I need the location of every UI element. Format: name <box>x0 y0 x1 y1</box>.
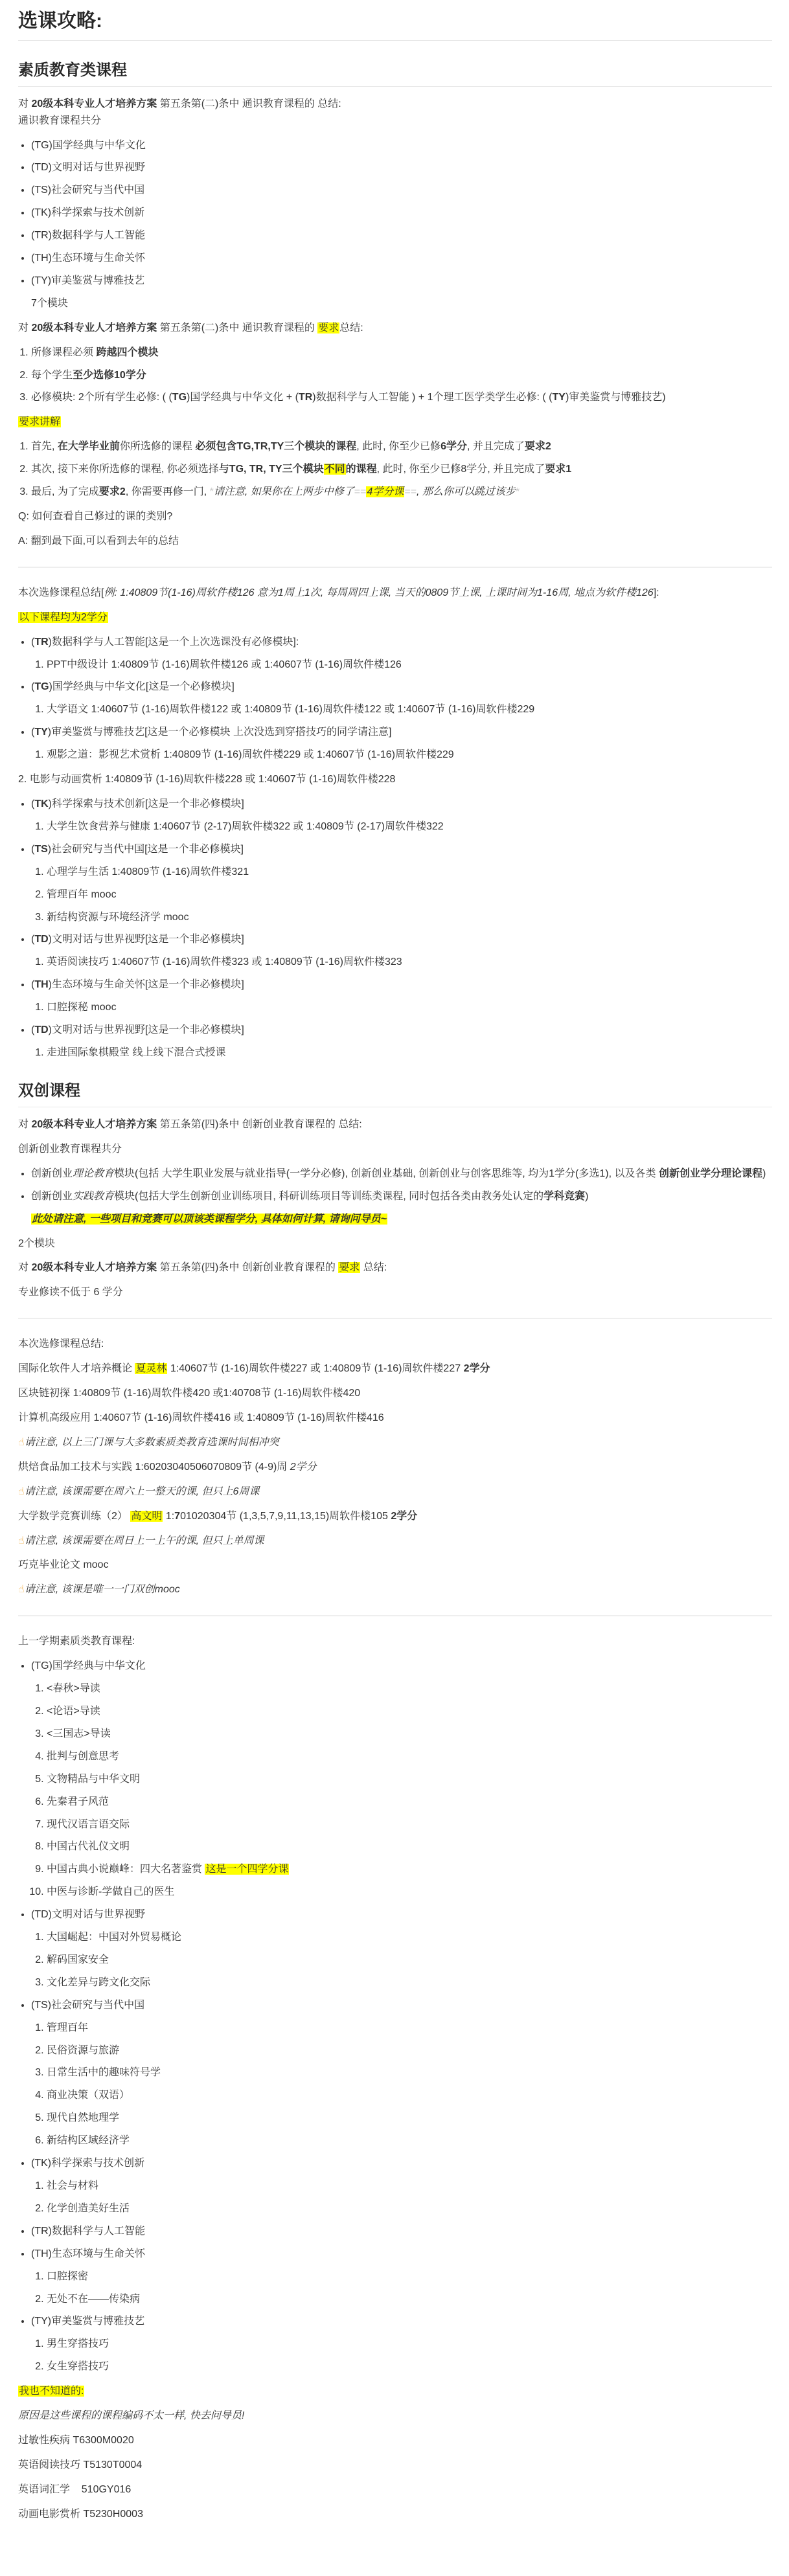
highlighted-text: 4学分课 <box>366 486 404 497</box>
list-item: (TH)生态环境与生命关怀 <box>31 250 772 267</box>
text-run: 区块链初探 1:40809节 (1-16)周软件楼420 或1:40708节 (… <box>18 1388 360 1399</box>
text-run: 总结: <box>339 322 363 333</box>
text-run: <春秋>导读 <box>47 1683 100 1694</box>
highlighted-text: 夏灵林 <box>135 1363 167 1374</box>
list-item: (TS)社会研究与当代中国 <box>31 182 772 199</box>
sub-list-item: 解码国家安全 <box>47 1952 772 1969</box>
text-run: 与TG, TR, TY三个模块 <box>219 464 324 475</box>
sub-list-item: 口腔探密 <box>47 2268 772 2285</box>
bullet-list: 创新创业理论教育模块(包括 大学生职业发展与就业指导(一学分必修), 创新创业基… <box>18 1166 772 1228</box>
text-run: 第五条第(四)条中 创新创业教育课程的 <box>157 1262 338 1273</box>
sub-list-item: 英语阅读技巧 1:40607节 (1-16)周软件楼323 或 1:40809节… <box>47 954 772 971</box>
text-run: (TR)数据科学与人工智能 <box>31 2226 145 2237</box>
text-run: 要求2 <box>525 441 551 452</box>
paragraph: 过敏性疾病 T6300M0020 <box>18 2432 772 2449</box>
list-item: (TR)数据科学与人工智能[这是一个上次选课没有必修模块]:PPT中级设计 1:… <box>31 634 772 673</box>
text-run: , 并且完成了 <box>467 441 525 452</box>
highlighted-text: 以下课程均为2学分 <box>18 612 108 623</box>
sub-list-item: 观影之道：影视艺术赏析 1:40809节 (1-16)周软件楼229 或 1:4… <box>47 747 772 763</box>
text-run: 所修课程必须 <box>31 347 96 358</box>
text-run: (TY)审美鉴赏与博雅技艺 <box>31 2316 144 2327</box>
text-run: TY <box>34 727 47 738</box>
divider <box>18 1615 772 1616</box>
text-run: 英语词汇学 510GY016 <box>18 2484 131 2495</box>
text-run: )国学经典与中华文化 + ( <box>187 392 299 403</box>
text-run: 管理百年 mooc <box>47 889 117 900</box>
section-title: 素质教育类课程 <box>18 60 772 87</box>
text-run: 观影之道：影视艺术赏析 1:40809节 (1-16)周软件楼229 或 1:4… <box>47 749 454 760</box>
text-run: 请注意, 如果你在上两步中修了 <box>214 486 354 497</box>
list-item: 每个学生至少选修10学分 <box>31 367 772 384</box>
text-run: 至少选修10学分 <box>73 370 146 381</box>
sub-numbered-list: 心理学与生活 1:40809节 (1-16)周软件楼321管理百年 mooc新结… <box>31 864 772 926</box>
text-run: (TS)社会研究与当代中国 <box>31 2000 144 2011</box>
text-run: (TR)数据科学与人工智能 <box>31 230 145 241</box>
sub-numbered-list: 观影之道：影视艺术赏析 1:40809节 (1-16)周软件楼229 或 1:4… <box>31 747 772 763</box>
sub-list-item: 文物精品与中华文明 <box>47 1771 772 1788</box>
list-item: (TR)数据科学与人工智能 <box>31 227 772 244</box>
highlighted-text: 不同 <box>324 464 346 475</box>
text-run: 2学分 <box>290 1462 317 1473</box>
text-run: 最后, 为了完成 <box>31 486 99 497</box>
bullet-list: (TG)国学经典与中华文化(TD)文明对话与世界视野(TS)社会研究与当代中国(… <box>18 137 772 312</box>
pointing-up-icon: ☝ <box>18 1437 25 1448</box>
text-run: 跨越四个模块 <box>96 347 158 358</box>
list-item: (TG)国学经典与中华文化 <box>31 137 772 154</box>
text-run: 6学分 <box>440 441 467 452</box>
text-run: 双创课程 <box>18 1082 80 1100</box>
text-run: )数据科学与人工智能 ) + 1个理工医学类学生必修: ( ( <box>312 392 552 403</box>
paragraph: 计算机高级应用 1:40607节 (1-16)周软件楼416 或 1:40809… <box>18 1410 772 1427</box>
text-run: 批判与创意思考 <box>47 1751 119 1762</box>
paragraph: 国际化软件人才培养概论 夏灵林 1:40607节 (1-16)周软件楼227 或… <box>18 1361 772 1377</box>
list-item: (TH)生态环境与生命关怀[这是一个非必修模块]口腔探秘 mooc <box>31 977 772 1016</box>
text-run: TD <box>34 934 48 945</box>
text-run: 的课程 <box>346 464 377 475</box>
text-run: 社会与材料 <box>47 2180 98 2191</box>
text-run: PPT中级设计 1:40809节 (1-16)周软件楼126 或 1:40607… <box>47 659 402 670</box>
pointing-up-icon: ☝ <box>18 1535 25 1546</box>
text-run: 对 <box>18 1262 31 1273</box>
sub-list-item: 心理学与生活 1:40809节 (1-16)周软件楼321 <box>47 864 772 881</box>
text-run: 本次选修课程总结[ <box>18 587 104 598</box>
text-run: 中国古典小说巅峰：四大名著鉴赏 <box>47 1864 205 1875</box>
text-run: ) <box>585 1191 588 1202</box>
text-run: 中医与诊断-学做自己的医生 <box>47 1886 174 1897</box>
numbered-list: 所修课程必须 跨越四个模块每个学生至少选修10学分必修模块: 2个所有学生必修:… <box>18 345 772 407</box>
paragraph: 大学数学竞赛训练（2） 高文明 1:701020304节 (1,3,5,7,9,… <box>18 1508 772 1525</box>
sub-list-item: 社会与材料 <box>47 2178 772 2195</box>
text-run: 请注意, 该课需要在周六上一整天的课, 但只上6周课 <box>25 1486 260 1497</box>
text-run: 国际化软件人才培养概论 <box>18 1363 135 1374</box>
sub-numbered-list: 大国崛起：中国对外贸易概论解码国家安全文化差异与跨文化交际 <box>31 1929 772 1991</box>
bullet-list: (TK)科学探索与技术创新[这是一个非必修模块]大学生饮食营养与健康 1:406… <box>18 796 772 1061</box>
paragraph: 专业修读不低于 6 学分 <box>18 1284 772 1301</box>
sub-list-item: 先秦君子风范 <box>47 1794 772 1811</box>
sub-numbered-list: 口腔探密无处不在——传染病 <box>31 2268 772 2308</box>
text-run: 必须包含TG,TR,TY三个模块的课程 <box>195 441 356 452</box>
text-run: 请注意, 以上三门课与大多数素质类教育选课时间相冲突 <box>25 1437 279 1448</box>
paragraph: 原因是这些课程的课程编码不太一样, 快去问导员! <box>18 2408 772 2424</box>
paragraph: 对 20级本科专业人才培养方案 第五条第(二)条中 通识教育课程的 总结: 通识… <box>18 96 772 130</box>
sub-numbered-list: 口腔探秘 mooc <box>31 999 772 1016</box>
sub-list-item: 中国古代礼仪文明 <box>47 1838 772 1855</box>
text-run: TR <box>34 637 48 648</box>
paragraph: 本次选修课程总结: <box>18 1336 772 1353</box>
text-run: 请注意, 该课是唯一一门双创mooc <box>25 1584 180 1595</box>
text-run: 英语阅读技巧 T5130T0004 <box>18 2459 142 2470</box>
text-run: 口腔探密 <box>47 2271 88 2282</box>
text-run: 民俗资源与旅游 <box>47 2045 119 2056</box>
list-item: 首先, 在大学毕业前你所选修的课程 必须包含TG,TR,TY三个模块的课程, 此… <box>31 438 772 455</box>
list-item: (TY)审美鉴赏与博雅技艺男生穿搭技巧女生穿搭技巧 <box>31 2313 772 2375</box>
sub-list-item: 化学创造美好生活 <box>47 2200 772 2217</box>
text-run: 要求2 <box>99 486 126 497</box>
list-item: (TK)科学探索与技术创新社会与材料化学创造美好生活 <box>31 2155 772 2217</box>
text-run: (TH)生态环境与生命关怀 <box>31 2248 145 2259</box>
text-run: 计算机高级应用 1:40607节 (1-16)周软件楼416 或 1:40809… <box>18 1412 384 1423</box>
text-run: 模块(包括 大学生职业发展与就业指导(一学分必修), 创新创业基础, 创新创业与… <box>114 1168 659 1179</box>
text-run: 7 <box>174 1511 180 1522</box>
list-item: 必修模块: 2个所有学生必修: ( (TG)国学经典与中华文化 + (TR)数据… <box>31 389 772 406</box>
sub-list-item: 男生穿搭技巧 <box>47 2336 772 2353</box>
text-run: 对 <box>18 322 31 333</box>
highlighted-text: 此处请注意, 一些项目和竞赛可以顶该类课程学分, 具体如何计算, 请询问导员~ <box>31 1214 387 1225</box>
page-title: 选课攻略: <box>18 9 772 41</box>
sub-list-item: 走进国际象棋殿堂 线上线下混合式授课 <box>47 1045 772 1061</box>
text-run: 要求1 <box>545 464 571 475</box>
text-run: 2个模块 <box>18 1238 55 1249</box>
text-run: 男生穿搭技巧 <box>47 2338 109 2349</box>
text-run: 化学创造美好生活 <box>47 2203 130 2214</box>
paragraph: ☝请注意, 该课是唯一一门双创mooc <box>18 1581 772 1598</box>
text-run: 选课攻略: <box>18 10 102 32</box>
text-run: 对 <box>18 98 31 109</box>
text-run: 模块(包括大学生创新创业训练项目, 科研训练项目等训练类课程, 同时包括各类由教… <box>114 1191 543 1202</box>
text-run: 上一学期素质类教育课程: <box>18 1636 135 1647</box>
list-item: 其次, 接下来你所选修的课程, 你必须选择与TG, TR, TY三个模块不同的课… <box>31 461 772 478</box>
list-item: (TD)文明对话与世界视野[这是一个非必修模块]英语阅读技巧 1:40607节 … <box>31 931 772 971</box>
text-run: 你所选修的课程 <box>120 441 195 452</box>
sub-numbered-list: PPT中级设计 1:40809节 (1-16)周软件楼126 或 1:40607… <box>31 657 772 673</box>
text-run: )数据科学与人工智能[这是一个上次选课没有必修模块]: <box>49 637 299 648</box>
text-run: )国学经典与中华文化[这是一个必修模块] <box>49 681 234 692</box>
text-run: (TD)文明对话与世界视野 <box>31 1909 145 1920</box>
list-item: (TR)数据科学与人工智能 <box>31 2223 772 2240</box>
list-item: (TK)科学探索与技术创新[这是一个非必修模块]大学生饮食营养与健康 1:406… <box>31 796 772 835</box>
text-run: 必修模块: 2个所有学生必修: ( ( <box>31 392 172 403</box>
text-run: 现代汉语言语交际 <box>47 1819 130 1830</box>
text-run: TG <box>172 392 187 403</box>
text-run: 现代自然地理学 <box>47 2112 119 2123</box>
text-run: (TH)生态环境与生命关怀 <box>31 253 145 264</box>
text-run: 2学分 <box>391 1511 417 1522</box>
text-run: )文明对话与世界视野[这是一个非必修模块] <box>49 1024 244 1035</box>
text-run: 理论教育 <box>73 1168 114 1179</box>
paragraph: ☝请注意, 该课需要在周六上一整天的课, 但只上6周课 <box>18 1484 772 1500</box>
text-run: 英语阅读技巧 1:40607节 (1-16)周软件楼323 或 1:40809节… <box>47 956 402 967</box>
text-run: 新结构资源与环境经济学 mooc <box>47 912 189 923</box>
text-run: ]: <box>654 587 659 598</box>
text-run: 日常生活中的趣味符号学 <box>47 2067 161 2078</box>
list-item: (TG)国学经典与中华文化[这是一个必修模块]大学语文 1:40607节 (1-… <box>31 679 772 718</box>
list-item: 所修课程必须 跨越四个模块 <box>31 345 772 361</box>
text-run: 口腔探秘 mooc <box>47 1002 117 1013</box>
paragraph: 本次选修课程总结[例: 1:40809节(1-16)周软件楼126 意为1周上1… <box>18 585 772 602</box>
pointing-up-icon: ☝ <box>18 1486 25 1497</box>
text-run: TY <box>552 392 565 403</box>
text-run: 大学语文 1:40607节 (1-16)周软件楼122 或 1:40809节 (… <box>47 704 534 715</box>
text-run: 中国古代礼仪文明 <box>47 1841 130 1852</box>
text-run: TK <box>34 798 48 809</box>
paragraph: ☝请注意, 该课需要在周日上一上午的课, 但只上单周课 <box>18 1533 772 1550</box>
paragraph: 以下课程均为2学分 <box>18 609 772 626</box>
text-run: == <box>404 486 417 497</box>
paragraph: 要求讲解 <box>18 414 772 431</box>
paragraph: 区块链初探 1:40809节 (1-16)周软件楼420 或1:40708节 (… <box>18 1385 772 1402</box>
list-item: 创新创业理论教育模块(包括 大学生职业发展与就业指导(一学分必修), 创新创业基… <box>31 1166 772 1182</box>
text-run: ) <box>762 1168 766 1179</box>
text-run: TS <box>34 844 47 855</box>
paragraph: Q: 如何查看自己修过的课的类别? <box>18 508 772 525</box>
sub-list-item: 中国古典小说巅峰：四大名著鉴赏 这是一个四学分课 <box>47 1861 772 1878</box>
list-item: (TG)国学经典与中华文化<春秋>导读<论语>导读<三国志>导读批判与创意思考文… <box>31 1658 772 1901</box>
text-run: 在大学毕业前 <box>58 441 120 452</box>
text-run: TG <box>34 681 49 692</box>
text-run: 20级本科专业人才培养方案 <box>31 1119 157 1130</box>
paragraph: 2. 电影与动画赏析 1:40809节 (1-16)周软件楼228 或 1:40… <box>18 771 772 788</box>
sub-numbered-list: 大学生饮食营养与健康 1:40607节 (2-17)周软件楼322 或 1:40… <box>31 819 772 835</box>
text-run: 动画电影赏析 T5230H0003 <box>18 2509 143 2520</box>
text-run: 20级本科专业人才培养方案 <box>31 98 157 109</box>
text-run: 1:40607节 (1-16)周软件楼227 或 1:40809节 (1-16)… <box>167 1363 463 1374</box>
bullet-list: (TG)国学经典与中华文化<春秋>导读<论语>导读<三国志>导读批判与创意思考文… <box>18 1658 772 2375</box>
document: 选课攻略:素质教育类课程对 20级本科专业人才培养方案 第五条第(二)条中 通识… <box>0 0 789 2576</box>
text-run: 实践教育 <box>73 1191 114 1202</box>
text-run: 商业决策（双语） <box>47 2090 130 2101</box>
divider <box>18 567 772 568</box>
text-run: 每个学生 <box>31 370 73 381</box>
text-run: 走进国际象棋殿堂 线上线下混合式授课 <box>47 1047 225 1058</box>
sub-list-item: 大学生饮食营养与健康 1:40607节 (2-17)周软件楼322 或 1:40… <box>47 819 772 835</box>
text-run: 2学分 <box>464 1363 490 1374</box>
sub-list-item: 口腔探秘 mooc <box>47 999 772 1016</box>
text-run: 大学生饮食营养与健康 1:40607节 (2-17)周软件楼322 或 1:40… <box>47 821 444 832</box>
text-run: )审美鉴赏与博雅技艺) <box>566 392 666 403</box>
paragraph: 巧克毕业论文 mooc <box>18 1557 772 1574</box>
text-run: 第五条第(四)条中 创新创业教育课程的 总结: <box>157 1119 361 1130</box>
list-item: (TY)审美鉴赏与博雅技艺7个模块 <box>31 273 772 312</box>
text-run: 原因是这些课程的课程编码不太一样, 快去问导员! <box>18 2410 244 2421</box>
sub-list-item: 管理百年 <box>47 2020 772 2037</box>
sub-list-item: 大学语文 1:40607节 (1-16)周软件楼122 或 1:40809节 (… <box>47 701 772 718</box>
sub-list-item: 民俗资源与旅游 <box>47 2042 772 2059</box>
paragraph: ☝请注意, 以上三门课与大多数素质类教育选课时间相冲突 <box>18 1434 772 1451</box>
text-run: 无处不在——传染病 <box>47 2294 140 2305</box>
text-run: 过敏性疾病 T6300M0020 <box>18 2435 134 2446</box>
text-run: 新结构区域经济学 <box>47 2135 130 2146</box>
list-item: (TH)生态环境与生命关怀口腔探密无处不在——传染病 <box>31 2246 772 2308</box>
text-run: 1: <box>163 1511 174 1522</box>
paragraph: 创新创业教育课程共分 <box>18 1141 772 1158</box>
text-run: 女生穿搭技巧 <box>47 2361 109 2372</box>
text-run: 20级本科专业人才培养方案 <box>31 1262 157 1273</box>
paragraph: A: 翻到最下面,可以看到去年的总结 <box>18 533 772 550</box>
paragraph: 英语词汇学 510GY016 <box>18 2481 772 2498</box>
sub-list-item: <论语>导读 <box>47 1703 772 1720</box>
numbered-list: 首先, 在大学毕业前你所选修的课程 必须包含TG,TR,TY三个模块的课程, 此… <box>18 438 772 501</box>
text-run: , 那么你可以跳过该步 <box>417 486 516 497</box>
text-run: (TY)审美鉴赏与博雅技艺 <box>31 275 144 286</box>
sub-list-item: PPT中级设计 1:40809节 (1-16)周软件楼126 或 1:40607… <box>47 657 772 673</box>
sub-list-item: <三国志>导读 <box>47 1726 772 1743</box>
sub-numbered-list: 管理百年民俗资源与旅游日常生活中的趣味符号学商业决策（双语）现代自然地理学新结构… <box>31 2020 772 2149</box>
text-run: )生态环境与生命关怀[这是一个非必修模块] <box>49 979 244 990</box>
divider <box>18 1318 772 1319</box>
text-run: )审美鉴赏与博雅技艺[这是一个必修模块 上次没选到穿搭技巧的同学请注意] <box>48 727 392 738</box>
sub-list-item: 女生穿搭技巧 <box>47 2358 772 2375</box>
sub-numbered-list: 大学语文 1:40607节 (1-16)周软件楼122 或 1:40809节 (… <box>31 701 772 718</box>
text-run: 大学数学竞赛训练（2） <box>18 1511 130 1522</box>
text-run: 20级本科专业人才培养方案 <box>31 322 157 333</box>
list-item-note: 7个模块 <box>31 295 772 312</box>
text-run: (TD)文明对话与世界视野 <box>31 162 145 173</box>
sub-numbered-list: 男生穿搭技巧女生穿搭技巧 <box>31 2336 772 2375</box>
text-run: 首先, <box>31 441 58 452</box>
highlighted-text: 高文明 <box>130 1511 163 1522</box>
list-item: (TD)文明对话与世界视野 <box>31 159 772 176</box>
text-run: 创新创业学分理论课程 <box>659 1168 762 1179</box>
list-item-note: 此处请注意, 一些项目和竞赛可以顶该类课程学分, 具体如何计算, 请询问导员~ <box>31 1211 772 1228</box>
text-run: 例: 1:40809节(1-16)周软件楼126 意为1周上1次, 每周周四上课… <box>104 587 653 598</box>
text-run: )社会研究与当代中国[这是一个非必修模块] <box>48 844 244 855</box>
text-run: 专业修读不低于 6 学分 <box>18 1287 123 1298</box>
text-run: 大国崛起：中国对外贸易概论 <box>47 1932 181 1943</box>
highlighted-text: 这是一个四学分课 <box>205 1864 289 1875</box>
highlighted-text: 要求 <box>338 1262 360 1273</box>
text-run: * <box>516 486 520 497</box>
text-run: 创新创业 <box>31 1191 73 1202</box>
text-run: <论语>导读 <box>47 1706 100 1717</box>
text-run: (TK)科学探索与技术创新 <box>31 2158 144 2169</box>
sub-numbered-list: 英语阅读技巧 1:40607节 (1-16)周软件楼323 或 1:40809节… <box>31 954 772 971</box>
text-run: 创新创业 <box>31 1168 73 1179</box>
list-item: 最后, 为了完成要求2, 你需要再修一门, *请注意, 如果你在上两步中修了==… <box>31 484 772 501</box>
text-run: (TG)国学经典与中华文化 <box>31 140 146 151</box>
bullet-list: (TR)数据科学与人工智能[这是一个上次选课没有必修模块]:PPT中级设计 1:… <box>18 634 772 763</box>
text-run: 素质教育类课程 <box>18 62 127 79</box>
pointing-up-icon: ☝ <box>18 1584 25 1595</box>
sub-list-item: 日常生活中的趣味符号学 <box>47 2064 772 2081</box>
list-item: (TY)审美鉴赏与博雅技艺[这是一个必修模块 上次没选到穿搭技巧的同学请注意]观… <box>31 724 772 763</box>
sub-list-item: 管理百年 mooc <box>47 887 772 903</box>
sub-list-item: 文化差异与跨文化交际 <box>47 1974 772 1991</box>
text-run: == <box>354 486 367 497</box>
text-run: Q: 如何查看自己修过的课的类别? <box>18 511 172 522</box>
paragraph: 对 20级本科专业人才培养方案 第五条第(四)条中 创新创业教育课程的 总结: <box>18 1116 772 1133</box>
text-run: 请注意, 该课需要在周日上一上午的课, 但只上单周课 <box>25 1535 264 1546</box>
text-run: 烘焙食品加工技术与实践 1:60203040506070809节 (4-9)周 <box>18 1462 290 1473</box>
highlighted-text: 我也不知道的: <box>18 2386 84 2397</box>
text-run: 第五条第(二)条中 通识教育课程的 <box>157 322 317 333</box>
text-run: 文物精品与中华文明 <box>47 1774 140 1785</box>
section-title: 双创课程 <box>18 1081 772 1107</box>
highlighted-text: 要求 <box>317 322 339 333</box>
text-run: , 此时, 你至少已修8学分, 并且完成了 <box>377 464 545 475</box>
text-run: 管理百年 <box>47 2022 88 2033</box>
paragraph: 动画电影赏析 T5230H0003 <box>18 2506 772 2523</box>
text-run: 其次, 接下来你所选修的课程, 你必须选择 <box>31 464 219 475</box>
paragraph: 2个模块 <box>18 1236 772 1252</box>
list-item: (TS)社会研究与当代中国[这是一个非必修模块]心理学与生活 1:40809节 … <box>31 841 772 926</box>
paragraph: 英语阅读技巧 T5130T0004 <box>18 2457 772 2474</box>
list-item: (TD)文明对话与世界视野[这是一个非必修模块]走进国际象棋殿堂 线上线下混合式… <box>31 1022 772 1061</box>
text-run: 文化差异与跨文化交际 <box>47 1977 150 1988</box>
text-run: 创新创业教育课程共分 <box>18 1144 122 1155</box>
sub-numbered-list: 走进国际象棋殿堂 线上线下混合式授课 <box>31 1045 772 1061</box>
list-item: (TS)社会研究与当代中国管理百年民俗资源与旅游日常生活中的趣味符号学商业决策（… <box>31 1997 772 2149</box>
sub-numbered-list: <春秋>导读<论语>导读<三国志>导读批判与创意思考文物精品与中华文明先秦君子风… <box>31 1680 772 1901</box>
sub-list-item: 批判与创意思考 <box>47 1748 772 1765</box>
paragraph: 对 20级本科专业人才培养方案 第五条第(二)条中 通识教育课程的 要求总结: <box>18 320 772 337</box>
sub-list-item: <春秋>导读 <box>47 1680 772 1697</box>
paragraph: 烘焙食品加工技术与实践 1:60203040506070809节 (4-9)周 … <box>18 1459 772 1476</box>
list-item: (TD)文明对话与世界视野大国崛起：中国对外贸易概论解码国家安全文化差异与跨文化… <box>31 1906 772 1991</box>
text-run: (TK)科学探索与技术创新 <box>31 207 144 218</box>
text-run: TR <box>299 392 312 403</box>
text-run: 巧克毕业论文 mooc <box>18 1559 109 1570</box>
sub-list-item: 新结构资源与环境经济学 mooc <box>47 909 772 926</box>
sub-list-item: 中医与诊断-学做自己的医生 <box>47 1884 772 1901</box>
text-run: , 此时, 你至少已修 <box>356 441 440 452</box>
text-run: A: 翻到最下面,可以看到去年的总结 <box>18 536 179 547</box>
highlighted-text: 要求讲解 <box>18 416 61 427</box>
text-run: 对 <box>18 1119 31 1130</box>
paragraph: 我也不知道的: <box>18 2383 772 2400</box>
text-run: 解码国家安全 <box>47 1954 109 1965</box>
paragraph: 上一学期素质类教育课程: <box>18 1633 772 1650</box>
list-item: (TK)科学探索与技术创新 <box>31 205 772 221</box>
text-run: 2. 电影与动画赏析 1:40809节 (1-16)周软件楼228 或 1:40… <box>18 774 395 785</box>
text-run: , 你需要再修一门, <box>126 486 210 497</box>
sub-list-item: 新结构区域经济学 <box>47 2132 772 2149</box>
text-run: 总结: <box>360 1262 387 1273</box>
text-run: (TG)国学经典与中华文化 <box>31 1660 146 1671</box>
text-run: 学科竞赛 <box>543 1191 585 1202</box>
sub-list-item: 大国崛起：中国对外贸易概论 <box>47 1929 772 1946</box>
sub-list-item: 现代自然地理学 <box>47 2110 772 2127</box>
text-run: )科学探索与技术创新[这是一个非必修模块] <box>49 798 244 809</box>
text-run: 心理学与生活 1:40809节 (1-16)周软件楼321 <box>47 866 249 877</box>
list-item: 创新创业实践教育模块(包括大学生创新创业训练项目, 科研训练项目等训练类课程, … <box>31 1188 772 1228</box>
sub-list-item: 现代汉语言语交际 <box>47 1816 772 1833</box>
text-run: (TS)社会研究与当代中国 <box>31 185 144 196</box>
text-run: TH <box>34 979 48 990</box>
sub-list-item: 无处不在——传染病 <box>47 2291 772 2308</box>
text-run: 01020304节 (1,3,5,7,9,11,13,15)周软件楼105 <box>180 1511 391 1522</box>
paragraph: 对 20级本科专业人才培养方案 第五条第(四)条中 创新创业教育课程的 要求 总… <box>18 1260 772 1276</box>
text-run: TD <box>34 1024 48 1035</box>
sub-numbered-list: 社会与材料化学创造美好生活 <box>31 2178 772 2217</box>
sub-list-item: 商业决策（双语） <box>47 2087 772 2104</box>
text-run: 先秦君子风范 <box>47 1796 109 1807</box>
text-run: )文明对话与世界视野[这是一个非必修模块] <box>49 934 244 945</box>
text-run: <三国志>导读 <box>47 1728 111 1739</box>
text-run: 7个模块 <box>31 298 68 309</box>
text-run: 本次选修课程总结: <box>18 1339 104 1350</box>
